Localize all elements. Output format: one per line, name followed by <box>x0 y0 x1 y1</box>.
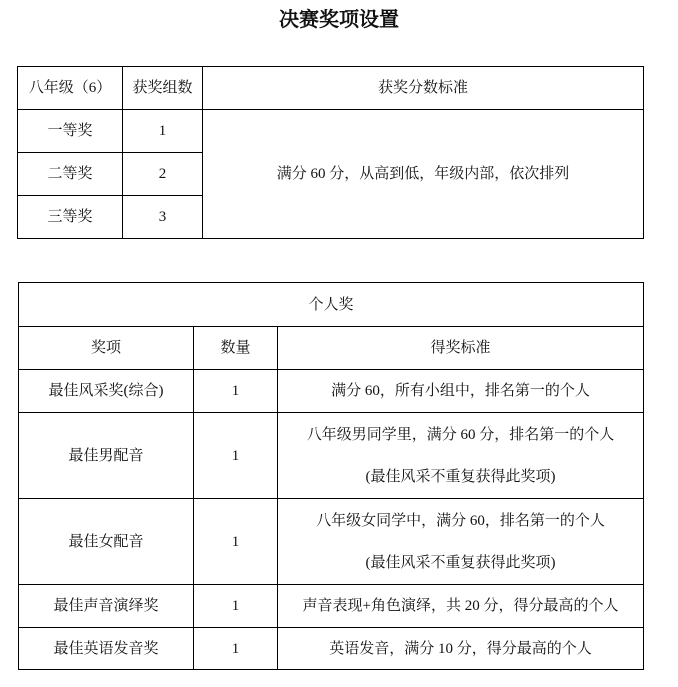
award-name: 最佳男配音 <box>19 413 194 499</box>
table-header-row: 奖项 数量 得奖标准 <box>19 327 644 370</box>
award-count: 1 <box>194 370 278 413</box>
table-row: 最佳女配音 1 八年级女同学中，满分 60，排名第一的个人 (最佳风采不重复获得… <box>19 499 644 585</box>
award-count: 2 <box>123 153 203 196</box>
table-row: 最佳男配音 1 八年级男同学里，满分 60 分，排名第一的个人 (最佳风采不重复… <box>19 413 644 499</box>
table-row: 最佳英语发音奖 1 英语发音，满分 10 分，得分最高的个人 <box>19 628 644 670</box>
award-name: 二等奖 <box>18 153 123 196</box>
table-caption: 个人奖 <box>19 283 644 327</box>
header-count: 数量 <box>194 327 278 370</box>
award-name: 最佳女配音 <box>19 499 194 585</box>
criteria-line: 八年级男同学里，满分 60 分，排名第一的个人 <box>278 414 643 456</box>
group-award-table: 八年级（6） 获奖组数 获奖分数标准 一等奖 1 满分 60 分，从高到低，年级… <box>17 66 644 239</box>
table-row: 最佳风采奖(综合) 1 满分 60，所有小组中，排名第一的个人 <box>19 370 644 413</box>
award-name: 最佳风采奖(综合) <box>19 370 194 413</box>
individual-award-table: 个人奖 奖项 数量 得奖标准 最佳风采奖(综合) 1 满分 60，所有小组中，排… <box>18 282 644 670</box>
header-grade: 八年级（6） <box>18 67 123 110</box>
header-criteria: 得奖标准 <box>278 327 644 370</box>
award-count: 1 <box>123 110 203 153</box>
header-group-count: 获奖组数 <box>123 67 203 110</box>
table-row: 最佳声音演绎奖 1 声音表现+角色演绎，共 20 分，得分最高的个人 <box>19 585 644 628</box>
header-score-criteria: 获奖分数标准 <box>203 67 644 110</box>
award-name: 最佳英语发音奖 <box>19 628 194 670</box>
table-header-row: 八年级（6） 获奖组数 获奖分数标准 <box>18 67 644 110</box>
award-count: 1 <box>194 499 278 585</box>
score-criteria: 满分 60 分，从高到低，年级内部，依次排列 <box>203 110 644 239</box>
criteria-note: (最佳风采不重复获得此奖项) <box>278 542 643 584</box>
award-criteria: 八年级男同学里，满分 60 分，排名第一的个人 (最佳风采不重复获得此奖项) <box>278 413 644 499</box>
table-row: 一等奖 1 满分 60 分，从高到低，年级内部，依次排列 <box>18 110 644 153</box>
award-count: 3 <box>123 196 203 239</box>
award-count: 1 <box>194 628 278 670</box>
criteria-note: (最佳风采不重复获得此奖项) <box>278 456 643 498</box>
award-criteria: 满分 60，所有小组中，排名第一的个人 <box>278 370 644 413</box>
page-title: 决赛奖项设置 <box>0 4 678 34</box>
award-count: 1 <box>194 585 278 628</box>
award-criteria: 八年级女同学中，满分 60，排名第一的个人 (最佳风采不重复获得此奖项) <box>278 499 644 585</box>
award-name: 最佳声音演绎奖 <box>19 585 194 628</box>
award-count: 1 <box>194 413 278 499</box>
header-award: 奖项 <box>19 327 194 370</box>
award-criteria: 声音表现+角色演绎，共 20 分，得分最高的个人 <box>278 585 644 628</box>
award-name: 三等奖 <box>18 196 123 239</box>
award-name: 一等奖 <box>18 110 123 153</box>
award-criteria: 英语发音，满分 10 分，得分最高的个人 <box>278 628 644 670</box>
criteria-line: 八年级女同学中，满分 60，排名第一的个人 <box>278 500 643 542</box>
